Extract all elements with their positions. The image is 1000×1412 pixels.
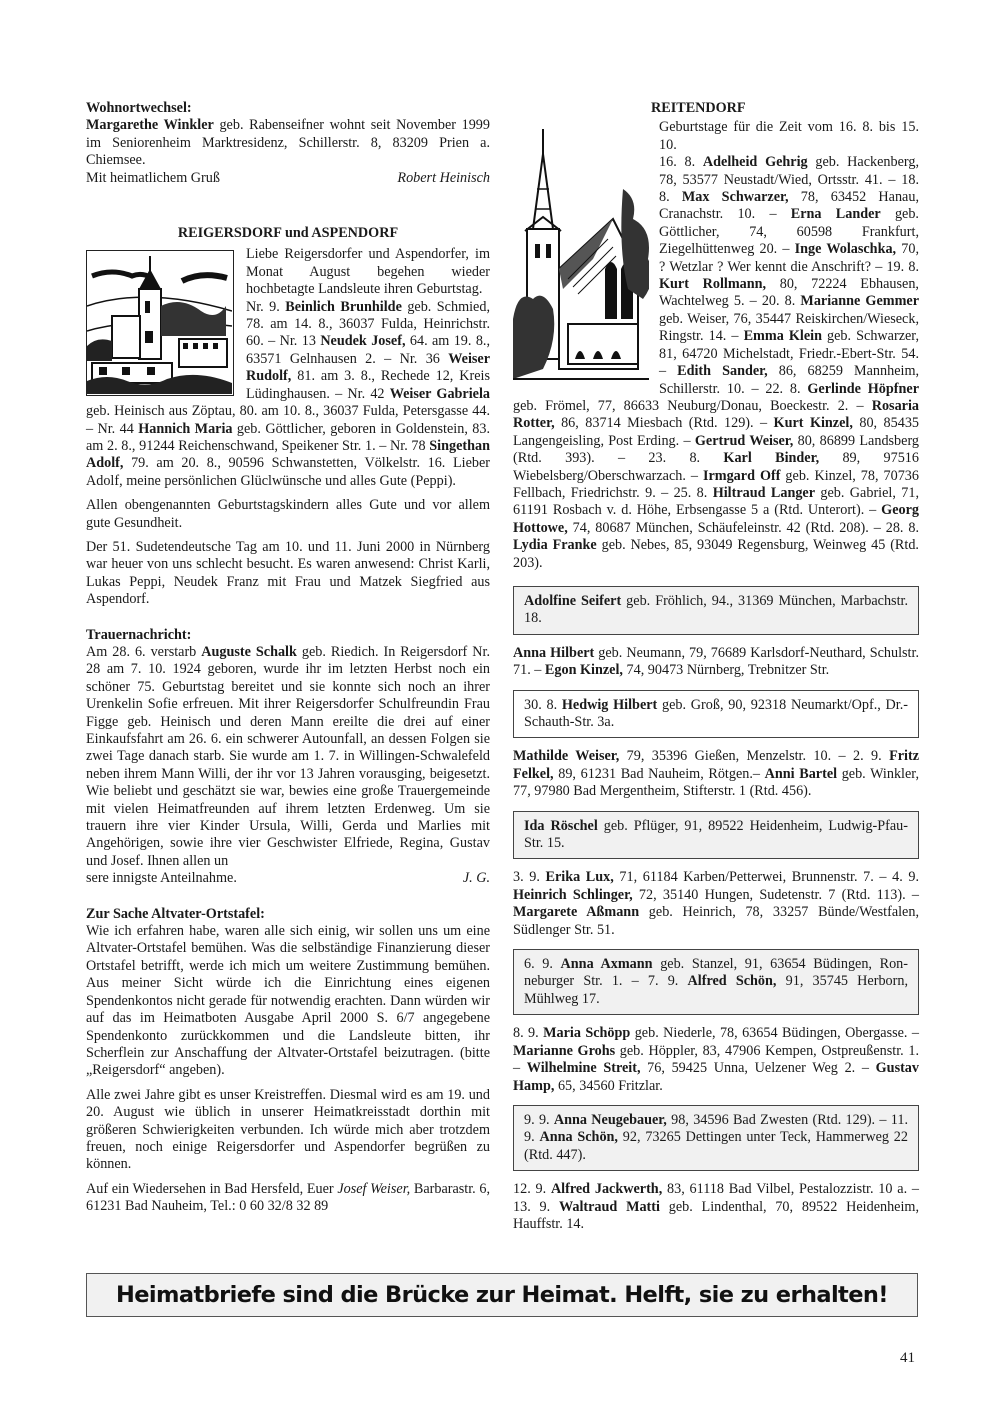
text-fragment: geb. Riedich. In Reigersdorf Nr. 28 am 7… (86, 644, 490, 869)
person-name: Beinlich Brunhilde (285, 299, 402, 315)
person-name: Auguste Schalk (201, 644, 297, 660)
text-fragment: 74, 90473 Nürnberg, Trebnitzer Str. (623, 662, 829, 678)
trauer-text: Am 28. 6. verstarb Auguste Schalk geb. R… (86, 644, 490, 870)
person-name: Heinrich Schlinger, (513, 887, 633, 903)
highlight-box: Adolfine Seifert geb. Fröhlich, 94., 313… (513, 586, 919, 635)
person-name: Weiser Gabriela (390, 386, 490, 402)
text-fragment: geb. Frömel, 77, 86633 Neuburg/Donau, Bo… (513, 398, 872, 414)
greeting-row: Mit heimatlichem Gruß Robert Heinisch (86, 170, 490, 187)
text-fragment: 89, 61231 Bad Nauheim, Rötgen.– (554, 766, 765, 782)
person-name: Irmgard Off (703, 468, 780, 484)
person-name: Lydia Franke (513, 537, 597, 553)
birthday-paragraph: 12. 9. Alfred Jackwerth, 83, 61118 Bad V… (513, 1181, 919, 1233)
text-fragment: 8. 9. (513, 1025, 543, 1041)
person-name: Gerlinde Höpfner (807, 381, 919, 397)
person-name: Hedwig Hilbert (562, 697, 657, 713)
person-name: Erika Lux, (546, 869, 614, 885)
person-name: Max Schwarzer, (682, 189, 789, 205)
left-column: Wohnortwechsel: Margarethe Winkler geb. … (86, 100, 490, 1216)
text-fragment: Nr. 13 (280, 333, 321, 349)
text-fragment: 12. 9. (513, 1181, 551, 1197)
text-fragment: 79. am 20. 8., 90596 Schwanstetten, Völk… (86, 455, 490, 488)
signature: Josef Weiser, (337, 1181, 410, 1197)
text-fragment: sere innigste Anteilnahme. (86, 870, 237, 887)
highlight-box: 30. 8. Hedwig Hilbert geb. Groß, 90, 923… (513, 690, 919, 739)
text-fragment: Nr. 78 (390, 438, 429, 454)
trauer-signature-row: sere innigste Anteilnahme. J. G. (86, 870, 490, 887)
text-fragment: 79, 35396 Gießen, Menzelstr. 10. – 2. 9. (619, 748, 889, 764)
ortstafel-heading: Zur Sache Altvater-Ortstafel: (86, 906, 490, 923)
text-fragment: 3. 9. (513, 869, 546, 885)
text-fragment: 76, 59425 Unna, Uelze­ner Weg 2. – (641, 1060, 876, 1076)
person-name: Emma Klein (744, 328, 822, 344)
person-name: Ger­trud Weiser, (695, 433, 793, 449)
wohnortwechsel-heading: Wohnortwechsel: (86, 100, 490, 117)
text-fragment: Auf ein Wiedersehen in Bad Hersfeld, Eue… (86, 1181, 337, 1197)
text-fragment: 16. 8. (659, 154, 703, 170)
text-fragment: geb. Niederle, 78, 63654 Büdingen, Ober­… (630, 1025, 919, 1041)
person-name: Neudek Josef, (320, 333, 405, 349)
village-church-illustration (86, 250, 234, 396)
person-name: Anni Bartel (765, 766, 837, 782)
person-name: Waltraud Matti (559, 1199, 660, 1215)
page-number: 41 (900, 1350, 915, 1367)
person-name: Maria Schöpp (543, 1025, 630, 1041)
text-fragment: Am 28. 6. verstarb (86, 644, 201, 660)
text-fragment: 9. 9. (524, 1112, 554, 1128)
wohnortwechsel-section: Wohnortwechsel: Margarethe Winkler geb. … (86, 100, 490, 187)
greeting: Mit heimatlichem Gruß (86, 170, 220, 187)
reigersdorf-section: REIGERSDORF und ASPENDORF (86, 225, 490, 609)
person-name: Anna Hilbert (513, 645, 594, 661)
trauer-section: Trauernachricht: Am 28. 6. verstarb Augu… (86, 627, 490, 888)
highlight-box: Ida Röschel geb. Pflüger, 91, 89522 Heid… (513, 811, 919, 860)
footer-banner: Heimatbriefe sind die Brücke zur Heimat.… (86, 1273, 918, 1317)
person-name: Erna Lander (791, 206, 881, 222)
person-name: Anna Axmann (561, 956, 653, 972)
person-name: Ida Röschel (524, 818, 598, 834)
person-name: Hannich Maria (138, 421, 232, 437)
person-name: Hil­traud Langer (713, 485, 815, 501)
text-fragment: 74, 80687 Mün­chen, Schäufeleinstr. 42 (… (568, 520, 919, 536)
person-name: Karl Bin­der, (723, 450, 819, 466)
person-name: Mathilde Weiser, (513, 748, 619, 764)
ortstafel-paragraph-3: Auf ein Wiedersehen in Bad Hersfeld, Eue… (86, 1181, 490, 1216)
text-fragment: Nr. 44 (98, 421, 139, 437)
person-name: Kurt Roll­mann, (659, 276, 766, 292)
person-name: Marianne Gemmer (800, 293, 919, 309)
text-fragment: 71, 61184 Karben/Petterwei, Brunnenstr. … (614, 869, 919, 885)
text-fragment: 65, 34560 Fritzlar. (554, 1078, 662, 1094)
right-column: REITENDORF Geburtstage für die Zeit vom … (513, 100, 919, 1233)
trauer-heading: Trauernachricht: (86, 627, 490, 644)
highlight-box: 6. 9. Anna Axmann geb. Stanzel, 91, 6365… (513, 949, 919, 1015)
signature: Robert Heinisch (397, 170, 490, 187)
birthday-paragraph: Mathilde Weiser, 79, 35396 Gießen, Menze… (513, 748, 919, 800)
person-name: Anna Neugebauer, (554, 1112, 667, 1128)
text-fragment: 30. 8. (524, 697, 562, 713)
highlight-box: 9. 9. Anna Neugebauer, 98, 34596 Bad Zwe… (513, 1105, 919, 1171)
village-icon (87, 251, 232, 394)
reigersdorf-heading: REIGERSDORF und ASPENDORF (86, 225, 490, 242)
person-name: Egon Kinzel, (545, 662, 623, 678)
wohnortwechsel-text: Margarethe Winkler geb. Rabenseifner woh… (86, 117, 490, 169)
church-icon (513, 119, 649, 383)
birthday-paragraph: Anna Hilbert geb. Neumann, 79, 76689 Kar… (513, 645, 919, 680)
signature: J. G. (463, 870, 490, 887)
person-name: Margarethe Winkler (86, 117, 214, 133)
text-fragment: Nr. 9. (246, 299, 285, 315)
person-name: Alfred Schön, (688, 973, 777, 989)
text-fragment: 6. 9. (524, 956, 561, 972)
sudetentag-paragraph: Der 51. Sudetendeutsche Tag am 10. und 1… (86, 539, 490, 609)
person-name: Marianne Grohs (513, 1043, 615, 1059)
person-name: Kurt Kinzel, (774, 415, 853, 431)
reitendorf-heading: REITENDORF (651, 100, 919, 117)
ortstafel-paragraph-2: Alle zwei Jahre gibt es unser Kreistreff… (86, 1087, 490, 1174)
person-name: Wilhelmine Streit, (527, 1060, 641, 1076)
birthday-paragraph: 8. 9. Maria Schöpp geb. Niederle, 78, 63… (513, 1025, 919, 1095)
person-name: Edith Sander, (677, 363, 768, 379)
ortstafel-paragraph-1: Wie ich erfahren habe, waren alle sich e… (86, 923, 490, 1080)
ortstafel-section: Zur Sache Altvater-Ortstafel: Wie ich er… (86, 906, 490, 1216)
person-name: Adelheid Gehrig (703, 154, 808, 170)
person-name: Inge Wolaschka, (795, 241, 896, 257)
birthday-paragraph: 3. 9. Erika Lux, 71, 61184 Karben/Petter… (513, 869, 919, 939)
text-fragment: Nr. 36 (400, 351, 449, 367)
person-name: Anna Schön, (539, 1129, 618, 1145)
person-name: Margarete Aßmann (513, 904, 639, 920)
text-fragment: 72, 35140 Hungen, Sudetenstr. 7 (Rtd. 11… (633, 887, 919, 903)
reigersdorf-wishes: Allen obengenannten Geburtstagskindern a… (86, 497, 490, 532)
person-name: Alfred Jackwerth, (551, 1181, 662, 1197)
person-name: Adolfine Seifert (524, 593, 621, 609)
text-fragment: 86, 83714 Miesbach (Rtd. 129). – (555, 415, 774, 431)
church-illustration (513, 119, 649, 383)
